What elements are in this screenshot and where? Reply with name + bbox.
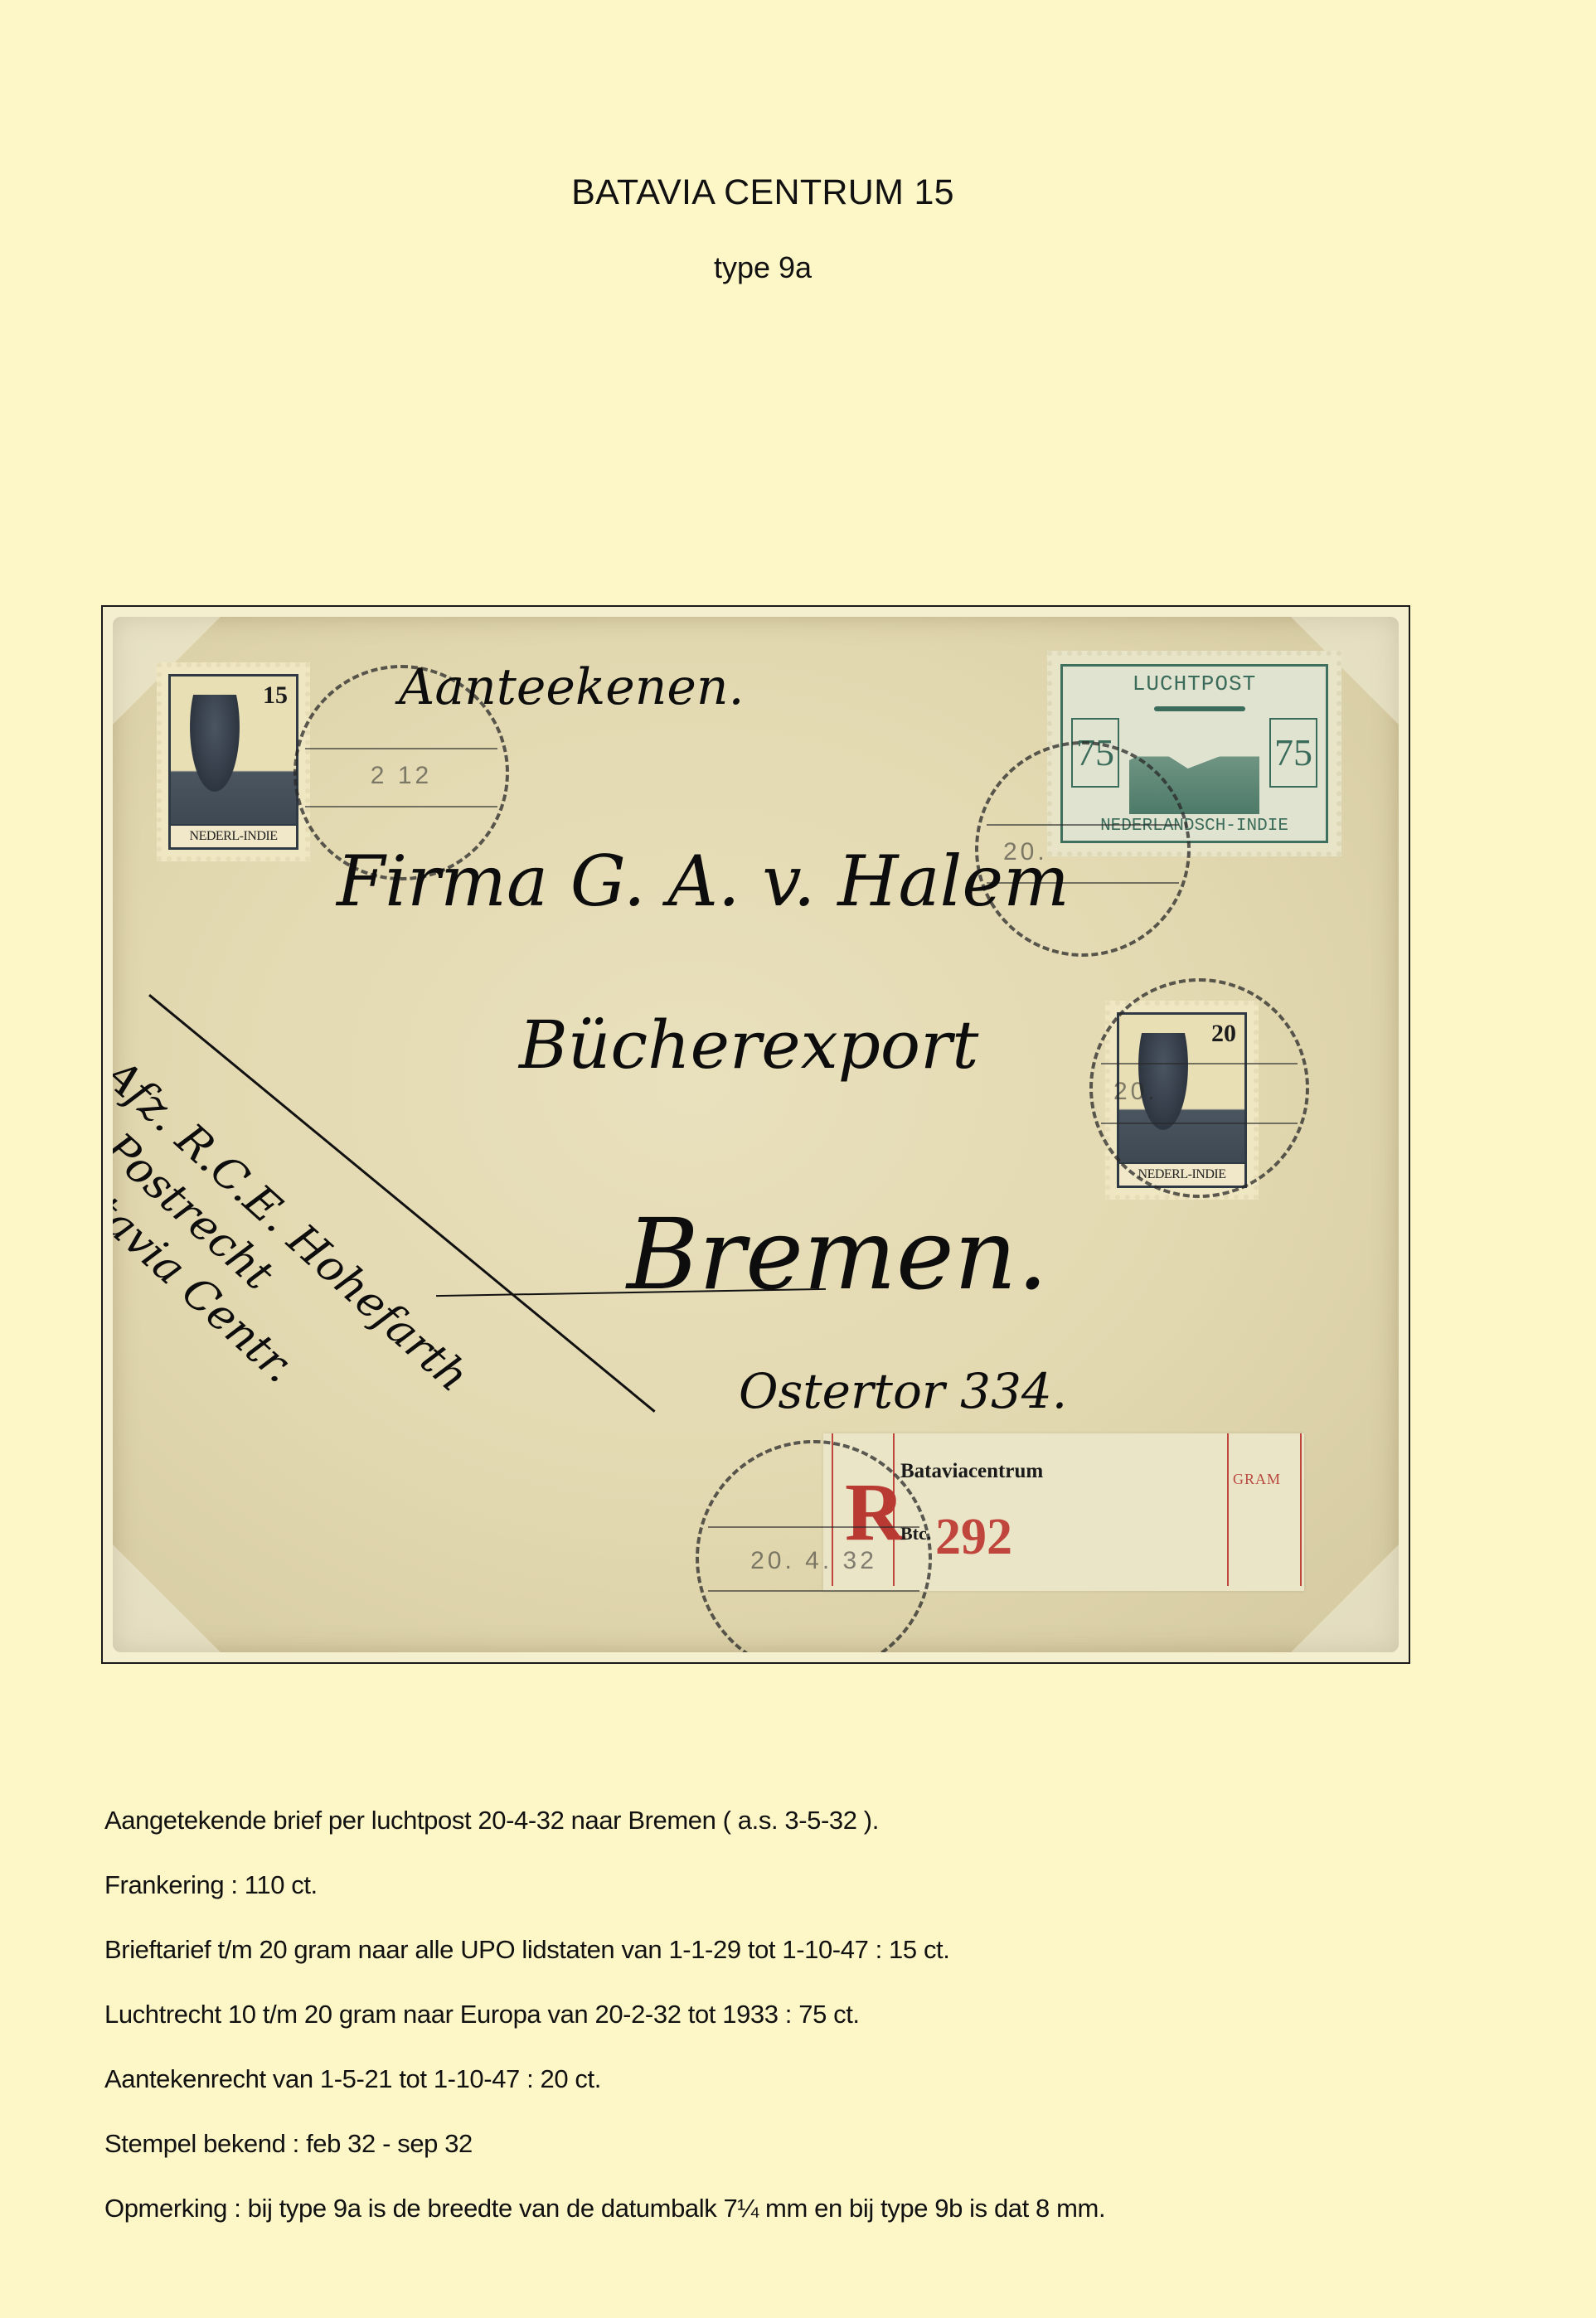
- label-rule: [1227, 1433, 1229, 1586]
- postmark-bar: [1101, 1123, 1297, 1124]
- mount-corner: [113, 1545, 221, 1652]
- description-block: Aangetekende brief per luchtpost 20-4-32…: [104, 1804, 1472, 2257]
- handwritten-city: Bremen.: [627, 1197, 1048, 1312]
- stamp-header: LUCHTPOST: [1113, 672, 1276, 696]
- handwritten-street: Ostertor 334.: [739, 1363, 1067, 1419]
- description-line: Stempel bekend : feb 32 - sep 32: [104, 2127, 1472, 2192]
- postmark: 20.: [1089, 978, 1309, 1198]
- postmark-bar: [708, 1590, 919, 1592]
- description-line: Opmerking : bij type 9a is de breedte va…: [104, 2192, 1472, 2257]
- handwritten-addressee: Firma G. A. v. Halem: [337, 841, 1070, 922]
- postmark-bar: [987, 824, 1179, 826]
- queen-portrait-icon: [186, 695, 244, 803]
- postmark-bar: [305, 748, 497, 749]
- page-subtitle: type 9a: [0, 250, 1526, 285]
- postmark-bar: [708, 1526, 919, 1528]
- stamp-country: NEDERL-INDIE: [171, 824, 296, 847]
- handwritten-instruction: Aanteekenen.: [399, 658, 745, 716]
- stamp-value: 75: [1269, 718, 1317, 788]
- sender-annotation: Afz. R.C.E. Hohefarth Postrecht Batavia …: [113, 1048, 479, 1525]
- mount-corner: [1291, 1545, 1399, 1652]
- postmark-bar: [1101, 1063, 1297, 1064]
- postmark-date: 20.: [1093, 1078, 1306, 1106]
- cover-image-frame: Afz. R.C.E. Hohefarth Postrecht Batavia …: [101, 605, 1410, 1664]
- registration-number: 292: [935, 1508, 1012, 1567]
- postmark-date: 2 12: [297, 762, 506, 790]
- envelope: Afz. R.C.E. Hohefarth Postrecht Batavia …: [113, 617, 1399, 1652]
- postmark-bar: [305, 806, 497, 807]
- description-line: Aangetekende brief per luchtpost 20-4-32…: [104, 1804, 1472, 1869]
- description-line: Frankering : 110 ct.: [104, 1869, 1472, 1933]
- stamp-15: 15 NEDERL-INDIE: [157, 662, 310, 861]
- label-rule: [1300, 1433, 1302, 1586]
- stamp-value: 15: [263, 681, 288, 710]
- handwritten-addressee-line2: Bücherexport: [519, 1006, 978, 1084]
- page-title: BATAVIA CENTRUM 15: [0, 172, 1526, 213]
- registration-office: Bataviacentrum: [900, 1460, 1043, 1483]
- stamp-design: 15 NEDERL-INDIE: [168, 674, 298, 850]
- airplane-icon: [1154, 706, 1245, 711]
- description-line: Aantekenrecht van 1-5-21 tot 1-10-47 : 2…: [104, 2063, 1472, 2127]
- description-line: Luchtrecht 10 t/m 20 gram naar Europa va…: [104, 1998, 1472, 2063]
- postmark-date: 20. 4. 32: [699, 1547, 929, 1575]
- weight-label: GRAM: [1233, 1471, 1281, 1488]
- description-line: Brieftarief t/m 20 gram naar alle UPO li…: [104, 1933, 1472, 1998]
